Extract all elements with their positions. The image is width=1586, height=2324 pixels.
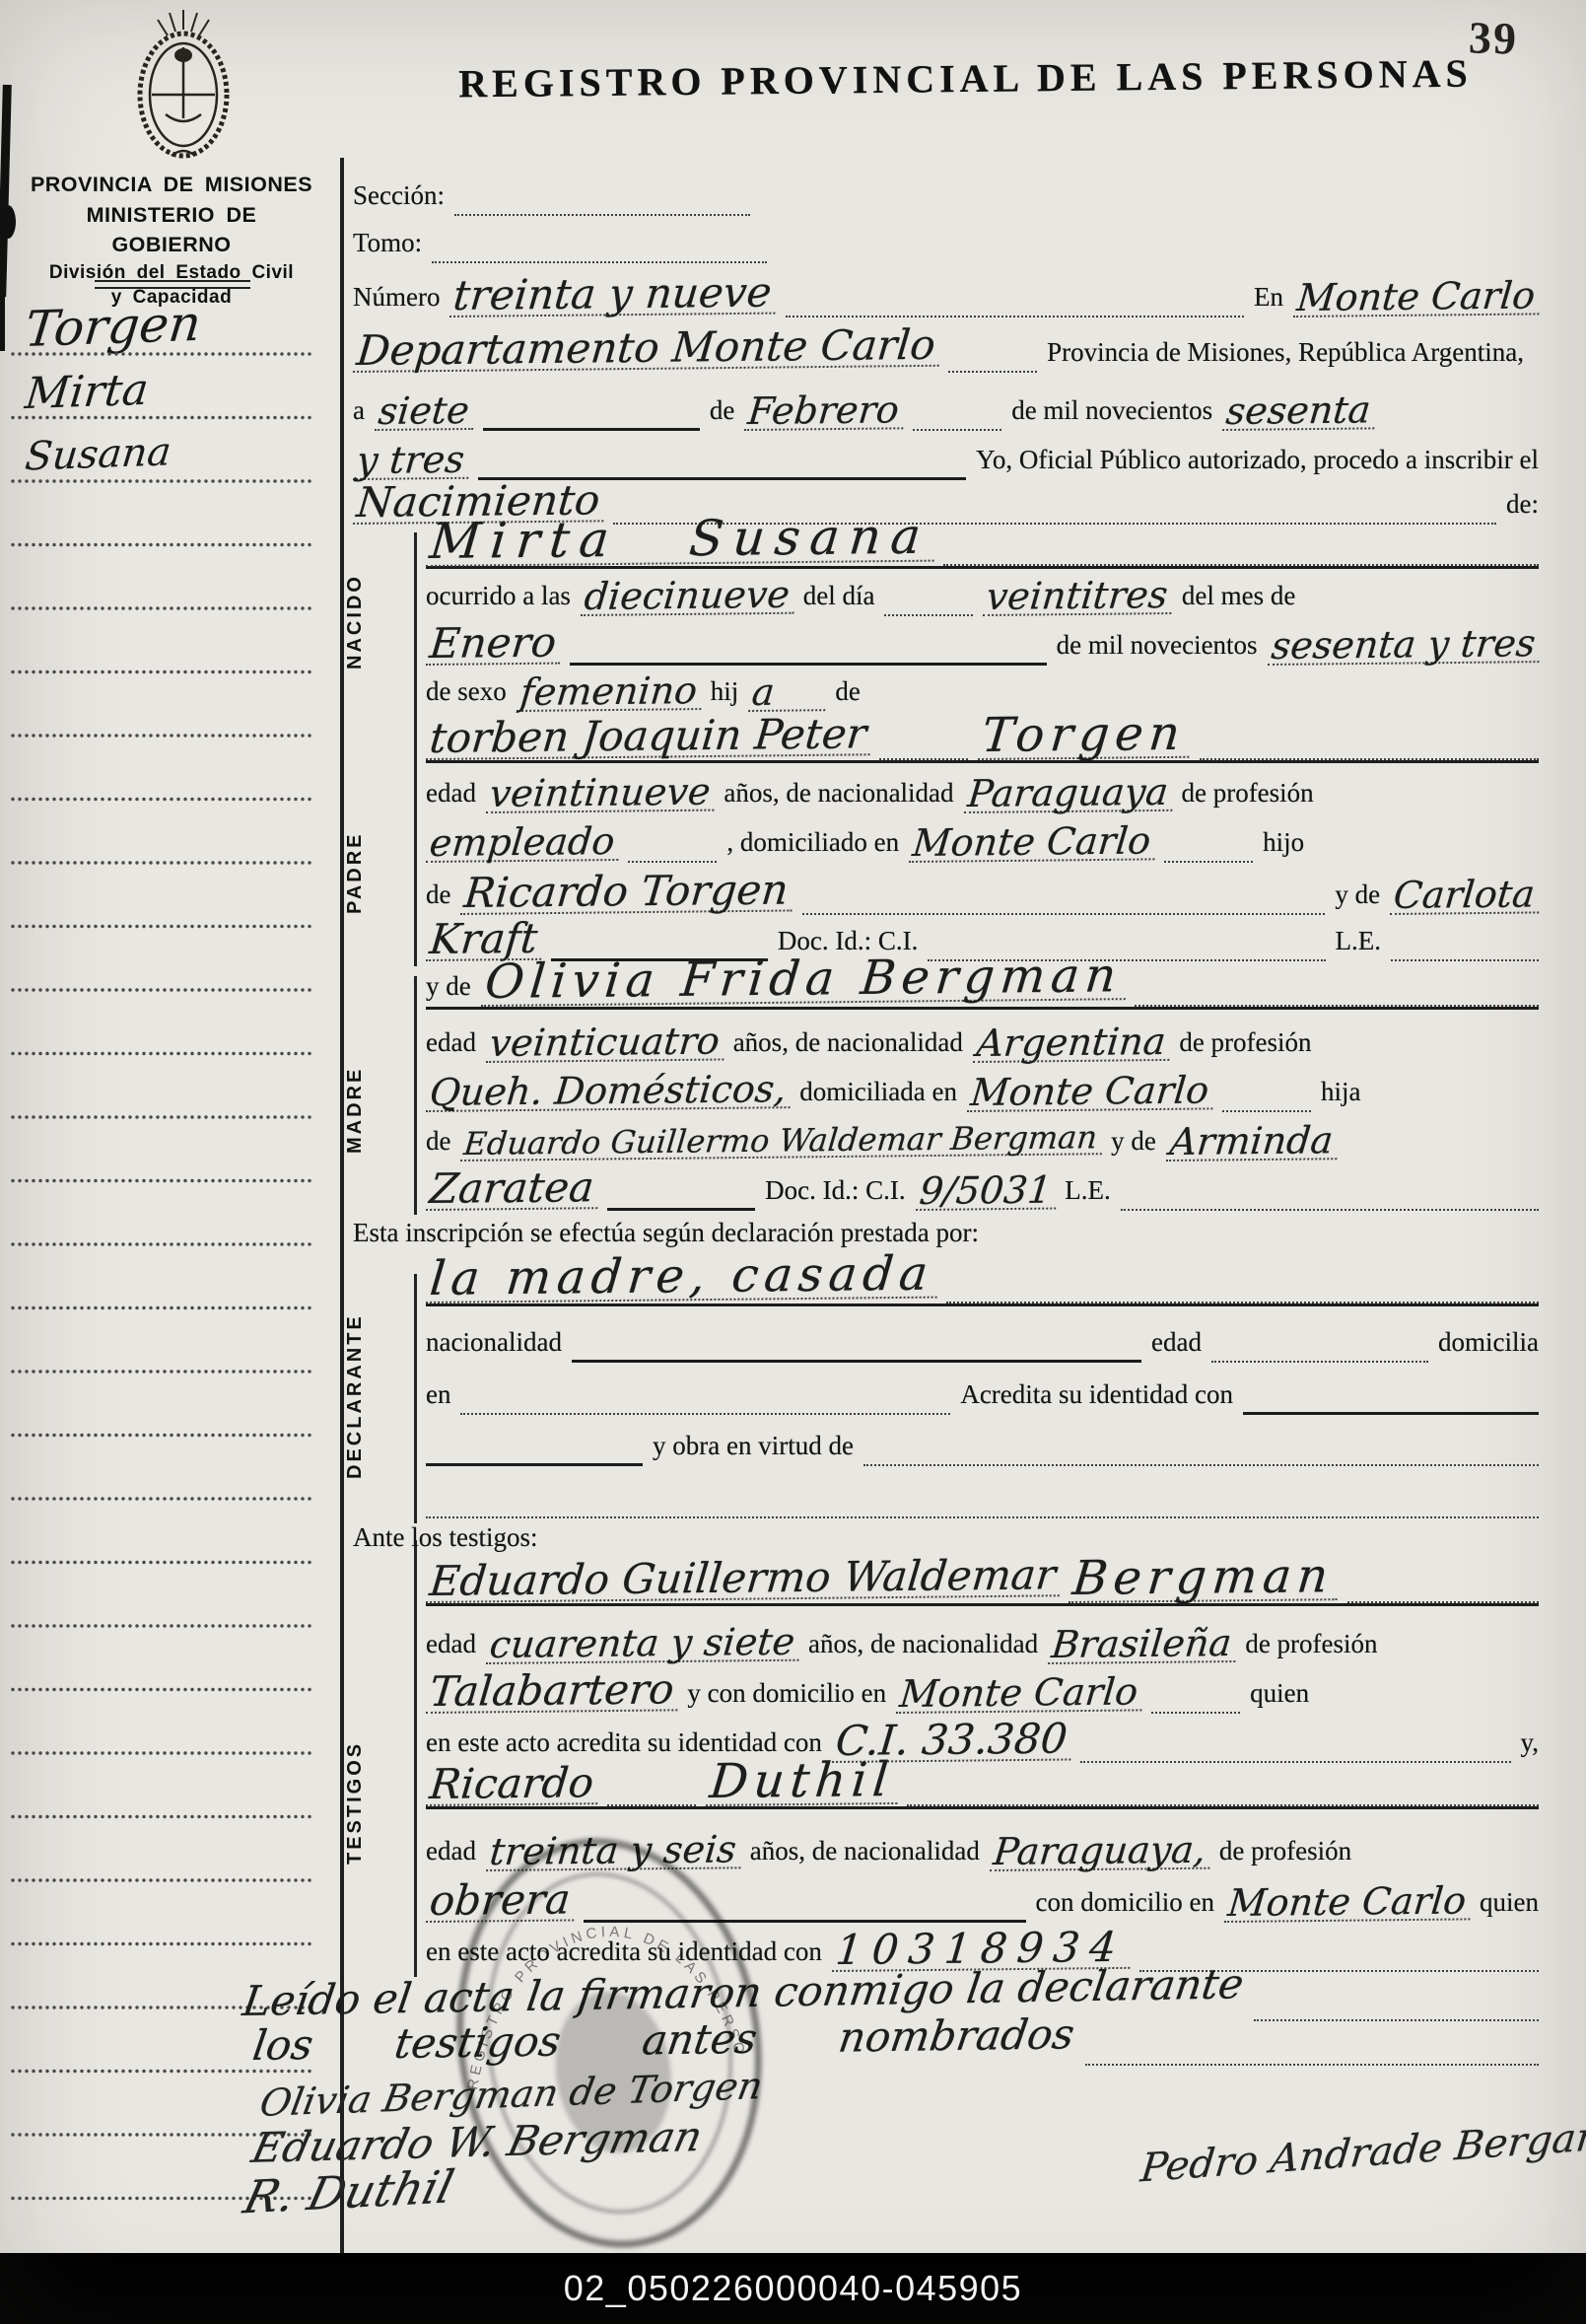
section-bracket-nacido xyxy=(414,532,417,764)
row-testigo1-domicilio: Talabartero y con domicilio en Monte Car… xyxy=(426,1658,1539,1714)
row-tomo: Tomo: xyxy=(353,208,1539,263)
row-nombre-madre: y de Olivia Frida Bergman xyxy=(426,948,1539,1010)
nacionalidad-label: nacionalidad xyxy=(426,1329,562,1363)
section-bracket-madre xyxy=(414,976,417,1215)
hijo-label: hijo xyxy=(1263,829,1304,863)
double-rule xyxy=(95,280,250,289)
section-bracket-declarante xyxy=(414,1274,417,1523)
section-label-declarante: DECLARANTE xyxy=(344,1316,367,1479)
row-departamento: Departamento Monte Carlo Provincia de Mi… xyxy=(353,317,1539,373)
en-label: en xyxy=(426,1381,450,1415)
scan-edge-mark xyxy=(0,292,5,351)
testigo1-nombres-value: Eduardo Guillermo Waldemar xyxy=(426,1558,1064,1603)
section-label-padre: PADRE xyxy=(344,816,367,930)
signature-oficial-publico: Pedro Andrade Bergamini xyxy=(1138,2110,1586,2192)
row-padre-profesion-domicilio: empleado , domiciliado en Monte Carlo hi… xyxy=(426,808,1539,863)
row-declarante-virtud: y obra en virtud de xyxy=(426,1411,1539,1466)
scan-footer-bar: 02_050226000040-045905 xyxy=(0,2253,1586,2324)
testigo2-apellido-value: Duthil xyxy=(706,1760,902,1806)
row-declarante-nacionalidad: nacionalidad edad domicilia xyxy=(426,1307,1539,1363)
domicilia-label: domicilia xyxy=(1438,1329,1539,1363)
argentina-coat-of-arms xyxy=(106,8,260,178)
scanned-birth-certificate-page: REGISTRO PROVINCIAL DE LAS PERSONAS 39 P… xyxy=(0,0,1586,2324)
nombre-inscripto-value: Mirta Susana xyxy=(426,515,938,566)
issuing-office-block: PROVINCIA DE MISIONES MINISTERIO DE GOBI… xyxy=(28,170,315,311)
virtud-label: y obra en virtud de xyxy=(653,1433,854,1466)
sun-rays xyxy=(158,10,209,35)
acredita-label: Acredita su identidad con xyxy=(960,1381,1233,1415)
page-number: 39 xyxy=(1468,11,1518,64)
blank-line xyxy=(1135,1003,1539,1007)
form-vertical-rule xyxy=(340,158,344,2256)
registry-ink-stamp: REGISTRO PROVINCIAL DE LAS PERSONAS xyxy=(412,1826,806,2265)
blank-line xyxy=(1347,1599,1539,1603)
row-nombre-inscripto: Mirta Susana xyxy=(426,505,1539,569)
section-label-testigos: TESTIGOS xyxy=(344,1724,367,1881)
testigo1-apellido-value: Bergman xyxy=(1069,1556,1342,1603)
row-padre-edad-nacionalidad: edad veintinueve años, de nacionalidad P… xyxy=(426,758,1539,813)
row-testigo2-nombre: Ricardo Duthil xyxy=(426,1745,1539,1809)
madre-nombre-value: Olivia Frida Bergman xyxy=(481,955,1130,1007)
row-numero: Número treinta y nueve En Monte Carlo xyxy=(353,262,1539,317)
padre-apellido-value: Torgen xyxy=(978,714,1194,760)
row-testigo1-nombre: Eduardo Guillermo Waldemar Bergman xyxy=(426,1542,1539,1606)
en-label: En xyxy=(1254,284,1283,317)
tomo-label: Tomo: xyxy=(353,230,422,263)
lugar-value: Monte Carlo xyxy=(1293,279,1543,317)
index-surname: Torgen xyxy=(23,295,204,358)
office-line-2: MINISTERIO DE GOBIERNO xyxy=(28,200,315,260)
y-de-label: y de xyxy=(426,973,471,1007)
row-declarante: la madre, casada xyxy=(426,1244,1539,1306)
padre-domicilio-value: Monte Carlo xyxy=(909,824,1158,863)
scan-reference-code: 02_050226000040-045905 xyxy=(564,2268,1022,2309)
blank-line xyxy=(607,1802,696,1806)
row-hora-dia: ocurrido a las diecinueve del día veinti… xyxy=(426,561,1539,616)
blank-line xyxy=(946,1300,1539,1303)
padre-nombres-value: torben Joaquin Peter xyxy=(426,717,874,760)
numero-value: treinta y nueve xyxy=(449,275,779,317)
padre-profesion-value: empleado xyxy=(426,825,622,863)
domiciliado-label: , domiciliado en xyxy=(726,829,899,863)
departamento-value: Departamento Monte Carlo xyxy=(353,327,942,373)
blank-line xyxy=(907,1802,1539,1806)
margin-ruled-lines xyxy=(10,351,311,2217)
section-label-madre: MADRE xyxy=(344,1048,367,1171)
blank-line xyxy=(948,369,1037,373)
scan-edge-mark xyxy=(0,205,16,239)
testigo2-nacionalidad-value: Paraguaya, xyxy=(990,1833,1213,1871)
row-testigo1-edad: edad cuarenta y siete años, de nacionali… xyxy=(426,1609,1539,1664)
row-declarante-domicilio: en Acredita su identidad con xyxy=(426,1360,1539,1415)
section-label-nacido: NACIDO xyxy=(344,565,367,678)
section-bracket-padre xyxy=(414,732,417,966)
profesion-label: de profesión xyxy=(1219,1838,1351,1871)
page-title: REGISTRO PROVINCIAL DE LAS PERSONAS xyxy=(424,49,1507,107)
numero-label: Número xyxy=(353,284,440,317)
provincia-label: Provincia de Misiones, República Argenti… xyxy=(1047,339,1524,373)
row-nombre-padre: torben Joaquin Peter Torgen xyxy=(426,701,1539,763)
edad-label: edad xyxy=(1151,1329,1202,1363)
blank-line xyxy=(1085,2062,1539,2066)
row-abuelos-maternos: de Eduardo Guillermo Waldemar Bergman y … xyxy=(426,1106,1539,1162)
row-fecha-acta: a siete de Febrero de mil novecientos se… xyxy=(353,376,1539,431)
row-madre-profesion-domicilio: Queh. Domésticos, domiciliada en Monte C… xyxy=(426,1057,1539,1112)
declarante-value: la madre, casada xyxy=(426,1254,941,1303)
testigo2-nombre-value: Ricardo xyxy=(426,1765,601,1806)
scan-edge-mark xyxy=(0,85,12,297)
office-line-1: PROVINCIA DE MISIONES xyxy=(28,170,315,200)
row-madre-edad-nacionalidad: edad veinticuatro años, de nacionalidad … xyxy=(426,1008,1539,1063)
